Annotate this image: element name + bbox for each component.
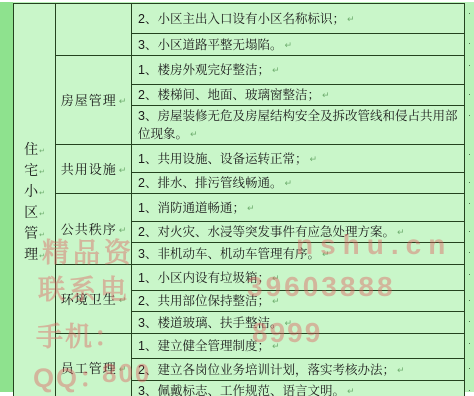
item-cell: 3、小区道路平整无塌陷。↵: [132, 34, 465, 56]
paragraph-mark-icon: ↵: [397, 365, 405, 375]
paragraph-mark-icon: ↵: [247, 203, 255, 213]
item-cell: 3、楼道玻璃、扶手整洁。↵: [132, 312, 465, 334]
paragraph-mark-icon: ↵: [284, 318, 292, 328]
item-text: 3、佩戴标志、工作规范、语言文明。: [138, 384, 345, 396]
table-row: 住↵宅↵小↵区↵管↵理↵ 2、小区主出入口设有小区名称标识；↵: [14, 4, 465, 34]
item-text: 1、消防通道畅通；: [138, 201, 245, 215]
category-cell: 公共秩序↵: [56, 194, 132, 265]
row-end-mark-icon: ·: [468, 8, 471, 18]
paragraph-mark-icon: ↵: [272, 341, 280, 351]
item-cell: 1、建立健全管理制度；↵: [132, 334, 465, 359]
item-cell: 2、共用部位保持整洁；↵: [132, 291, 465, 312]
paragraph-mark-icon: ↵: [284, 178, 292, 188]
paragraph-mark-icon: ↵: [39, 186, 45, 202]
paragraph-mark-icon: ↵: [119, 364, 127, 374]
item-text: 2、排水、排污管线畅通。: [138, 176, 282, 190]
management-checklist-table: 住↵宅↵小↵区↵管↵理↵ 2、小区主出入口设有小区名称标识；↵ 3、小区道路平整…: [13, 3, 465, 396]
row-end-mark-icon: ·: [468, 149, 471, 159]
row-end-mark-icon: ·: [468, 363, 471, 373]
table-row: 房屋管理↵ 1、楼房外观完好整洁；↵: [14, 56, 465, 85]
row-end-mark-icon: ·: [468, 338, 471, 348]
item-cell: 3、房屋装修无危及房屋结构安全及拆改管线和侵占共用部位现象。↵: [132, 106, 465, 145]
row-end-mark-icon: ·: [468, 316, 471, 326]
paragraph-mark-icon: ↵: [39, 165, 45, 181]
paragraph-mark-icon: ↵: [39, 228, 45, 244]
row-end-mark-icon: ·: [468, 226, 471, 236]
item-cell: 3、佩戴标志、工作规范、语言文明。↵: [132, 381, 465, 396]
item-text: 2、共用部位保持整洁；: [138, 294, 270, 308]
row-header-cell: 住↵宅↵小↵区↵管↵理↵: [14, 4, 56, 396]
item-text: 3、小区道路平整无塌陷。: [138, 38, 282, 52]
category-cell: [56, 4, 132, 56]
vertical-title-char: 住↵: [24, 141, 45, 160]
item-text: 2、小区主出入口设有小区名称标识；: [138, 12, 345, 26]
category-label: 房屋管理: [61, 93, 117, 108]
item-text: 1、楼房外观完好整洁；: [138, 63, 270, 77]
paragraph-mark-icon: ↵: [397, 227, 405, 237]
category-label: 公共秩序: [61, 222, 117, 237]
item-cell: 2、楼梯间、地面、玻璃窗整洁；↵: [132, 85, 465, 106]
row-end-mark-icon: ·: [468, 38, 471, 48]
item-text: 2、对火灾、水浸等突发事件有应急处理方案。: [138, 225, 395, 239]
row-end-mark-icon: ·: [468, 385, 471, 395]
paragraph-mark-icon: ↵: [284, 40, 292, 50]
item-text: 2、楼梯间、地面、玻璃窗整洁；: [138, 88, 320, 102]
category-label: 环境卫生: [61, 292, 117, 307]
vertical-title-char: 管↵: [24, 225, 45, 244]
page-left-margin: [0, 2, 13, 392]
item-text: 2、建立各岗位业务培训计划，落实考核办法；: [138, 363, 395, 377]
paragraph-mark-icon: ↵: [322, 249, 330, 259]
paragraph-mark-icon: ↵: [119, 165, 127, 175]
table-row: 公共秩序↵ 1、消防通道畅通；↵: [14, 194, 465, 222]
category-cell: 员工管理↵: [56, 334, 132, 396]
paragraph-mark-icon: ↵: [39, 249, 45, 265]
paragraph-mark-icon: ↵: [119, 96, 127, 106]
paragraph-mark-icon: ↵: [272, 273, 280, 283]
item-text: 3、非机动车、机动车管理有序。: [138, 247, 320, 261]
row-end-mark-icon: ·: [468, 110, 471, 120]
category-cell: 环境卫生↵: [56, 265, 132, 334]
vertical-title-char: 区↵: [24, 204, 45, 223]
row-end-mark-icon: ·: [468, 89, 471, 99]
paragraph-mark-icon: ↵: [309, 154, 317, 164]
item-text: 3、楼道玻璃、扶手整洁。: [138, 316, 282, 330]
item-cell: 1、共用设施、设备运转正常；↵: [132, 145, 465, 173]
item-text: 1、共用设施、设备运转正常；: [138, 152, 307, 166]
paragraph-mark-icon: ↵: [39, 207, 45, 223]
item-text: 3、房屋装修无危及房屋结构安全及拆改管线和侵占共用部位现象。: [138, 109, 457, 141]
category-label: 共用设施: [61, 162, 117, 177]
paragraph-mark-icon: ↵: [272, 65, 280, 75]
row-end-mark-icon: ·: [468, 198, 471, 208]
paragraph-mark-icon: ↵: [119, 295, 127, 305]
item-cell: 1、小区内设有垃圾箱；↵: [132, 265, 465, 291]
paragraph-mark-icon: ↵: [190, 129, 198, 139]
vertical-title-char: 理↵: [24, 246, 45, 265]
paragraph-mark-icon: ↵: [39, 144, 45, 160]
item-text: 1、小区内设有垃圾箱；: [138, 271, 270, 285]
row-end-mark-icon: ·: [468, 269, 471, 279]
item-cell: 3、非机动车、机动车管理有序。↵: [132, 243, 465, 265]
table-row: 环境卫生↵ 1、小区内设有垃圾箱；↵: [14, 265, 465, 291]
paragraph-mark-icon: ↵: [272, 296, 280, 306]
document-page: 住↵宅↵小↵区↵管↵理↵ 2、小区主出入口设有小区名称标识；↵ 3、小区道路平整…: [0, 0, 474, 396]
item-cell: 1、消防通道畅通；↵: [132, 194, 465, 222]
paragraph-mark-icon: ↵: [347, 386, 355, 396]
row-end-mark-icon: ·: [468, 295, 471, 305]
vertical-title: 住↵宅↵小↵区↵管↵理↵: [14, 11, 55, 394]
paragraph-mark-icon: ↵: [322, 90, 330, 100]
row-end-mark-icon: ·: [468, 60, 471, 70]
row-end-mark-icon: ·: [468, 247, 471, 257]
category-label: 员工管理: [61, 361, 117, 376]
vertical-title-char: 宅↵: [24, 162, 45, 181]
table-row: 员工管理↵ 1、建立健全管理制度；↵: [14, 334, 465, 359]
item-cell: 2、小区主出入口设有小区名称标识；↵: [132, 4, 465, 34]
item-text: 1、建立健全管理制度；: [138, 339, 270, 353]
table-row: 共用设施↵ 1、共用设施、设备运转正常；↵: [14, 145, 465, 173]
item-cell: 2、建立各岗位业务培训计划，落实考核办法；↵: [132, 359, 465, 381]
category-cell: 共用设施↵: [56, 145, 132, 194]
item-cell: 1、楼房外观完好整洁；↵: [132, 56, 465, 85]
paragraph-mark-icon: ↵: [347, 14, 355, 24]
category-cell: 房屋管理↵: [56, 56, 132, 145]
vertical-title-char: 小↵: [24, 183, 45, 202]
row-end-mark-icon: ·: [468, 177, 471, 187]
item-cell: 2、排水、排污管线畅通。↵: [132, 173, 465, 194]
paragraph-mark-icon: ↵: [119, 225, 127, 235]
item-cell: 2、对火灾、水浸等突发事件有应急处理方案。↵: [132, 222, 465, 243]
